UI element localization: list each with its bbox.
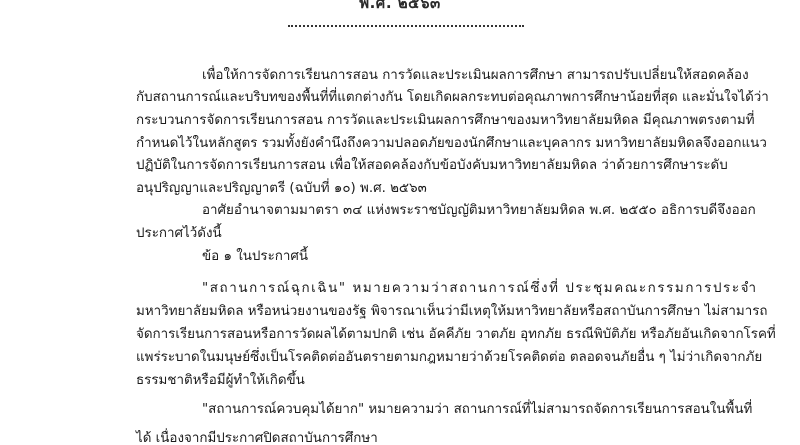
clause1-heading: ข้อ ๑ ในประกาศนี้ — [202, 248, 308, 266]
definition-emergency-line3: จัดการเรียนการสอนหรือการวัดผลได้ตามปกติ … — [136, 326, 716, 344]
header-divider — [288, 25, 524, 27]
definition-emergency-line1: "สถานการณ์ฉุกเฉิน" หมายความว่าสถานการณ์ซ… — [202, 280, 716, 298]
paragraph2-line1: อาศัยอำนาจตามมาตรา ๓๔ แห่งพระราชบัญญัติม… — [202, 202, 716, 220]
definition-emergency-line5: ธรรมชาติหรือมีผู้ทำให้เกิดขึ้น — [136, 372, 305, 390]
definition-hard-to-control-line2: ได้ เนื่องจากมีประกาศปิดสถาบันการศึกษา — [136, 430, 378, 445]
paragraph1-line2: กับสถานการณ์และบริบทของพื้นที่ที่แตกต่าง… — [136, 89, 716, 107]
paragraph1-line6: อนุปริญญาและปริญญาตรี (ฉบับที่ ๑๐) พ.ศ. … — [136, 180, 427, 198]
header-year: พ.ศ. ๒๕๖๓ — [0, 0, 800, 15]
paragraph1-line3: กระบวนการจัดการเรียนการสอน การวัดและประเ… — [136, 112, 716, 130]
definition-hard-to-control-line1: "สถานการณ์ควบคุมได้ยาก" หมายความว่า สถาน… — [202, 401, 716, 419]
definition-emergency-line4: แพร่ระบาดในมนุษย์ซึ่งเป็นโรคติดต่ออันตรา… — [136, 349, 716, 367]
paragraph1-line5: ปฏิบัติในการจัดการเรียนการสอน เพื่อให้สอ… — [136, 157, 716, 175]
paragraph1-line1: เพื่อให้การจัดการเรียนการสอน การวัดและปร… — [202, 67, 716, 85]
paragraph2-line2: ประกาศไว้ดังนี้ — [136, 225, 222, 243]
paragraph1-line4: กำหนดไว้ในหลักสูตร รวมทั้งยังคำนึงถึงควา… — [136, 135, 716, 153]
definition-emergency-line2: มหาวิทยาลัยมหิดล หรือหน่วยงานของรัฐ พิจา… — [136, 303, 716, 321]
document-page: พ.ศ. ๒๕๖๓ เพื่อให้การจัดการเรียนการสอน ก… — [0, 0, 800, 445]
